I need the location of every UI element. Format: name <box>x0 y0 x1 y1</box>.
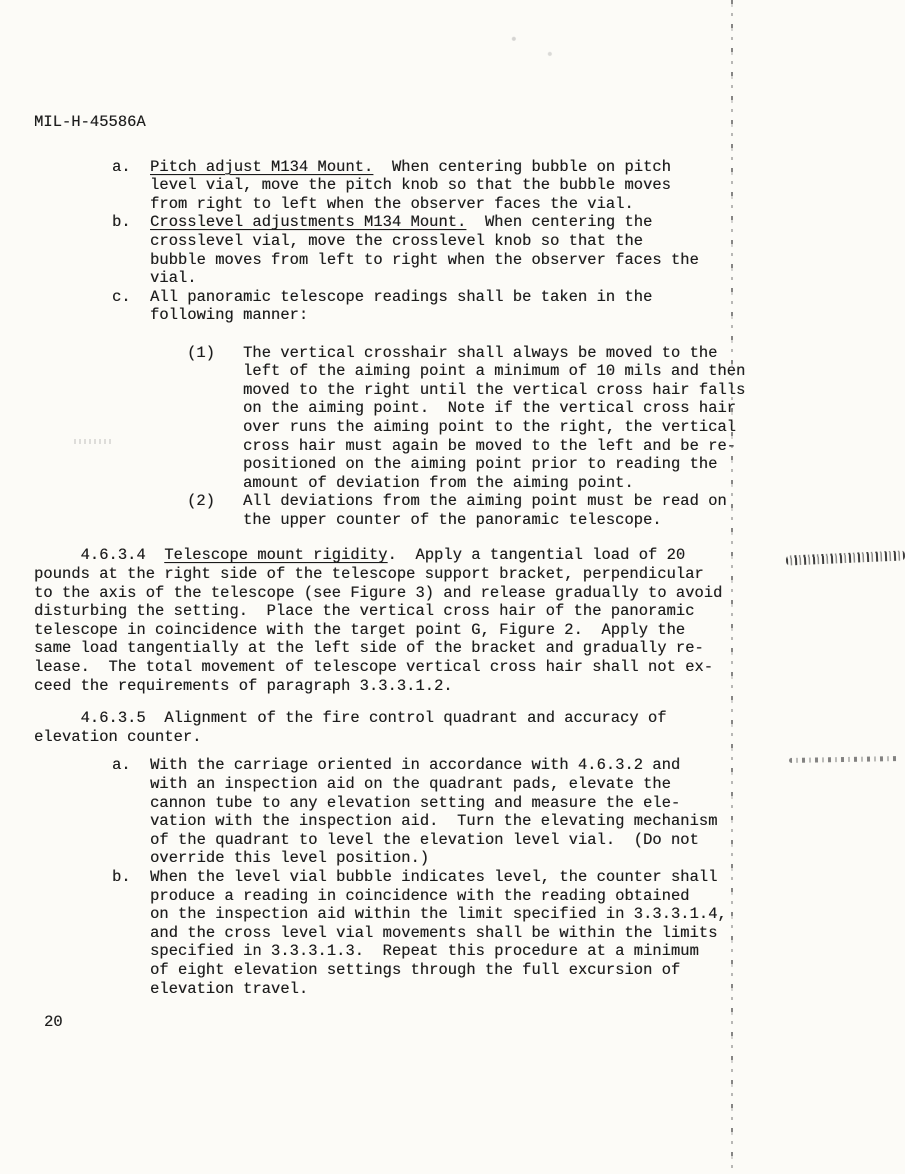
sub-item-1-body: The vertical crosshair shall always be m… <box>243 344 744 493</box>
paragraph-4634-body: pounds at the right side of the telescop… <box>34 565 744 695</box>
scan-specks-left-margin <box>74 439 114 444</box>
list-item-c-body: All panoramic telescope readings shall b… <box>150 288 744 325</box>
list-item-a-lead-rest: When centering bubble on pitch <box>373 158 671 176</box>
paragraph-4634-number: 4.6.3.4 <box>34 546 164 564</box>
document-id: MIL-H-45586A <box>34 113 744 132</box>
scan-smudge-dark <box>786 550 905 565</box>
list-item-a: a. Pitch adjust M134 Mount. When centeri… <box>34 158 744 214</box>
scanned-document-page: MIL-H-45586A a. Pitch adjust M134 Mount.… <box>0 0 905 1174</box>
paragraph-4634-lead-rest: . Apply a tangential load of 20 <box>387 546 685 564</box>
sub-item-2: (2) All deviations from the aiming point… <box>34 492 744 529</box>
list-item-b-marker: b. <box>112 213 131 232</box>
list-item-a-marker: a. <box>112 158 131 177</box>
list-item-b-body: crosslevel vial, move the crosslevel kno… <box>150 232 744 288</box>
list-item-a-body: level vial, move the pitch knob so that … <box>150 176 744 213</box>
sub-item-2-body: All deviations from the aiming point mus… <box>243 492 744 529</box>
page-number: 20 <box>44 1013 63 1032</box>
sub-item-2-marker: (2) <box>187 492 215 511</box>
list-item-b-heading: Crosslevel adjustments M134 Mount. <box>150 213 466 231</box>
paragraph-4635-body: 4.6.3.5 Alignment of the fire control qu… <box>34 709 744 746</box>
list2-item-a: a. With the carriage oriented in accorda… <box>34 756 744 868</box>
paragraph-4634: 4.6.3.4 Telescope mount rigidity. Apply … <box>34 546 744 695</box>
sub-item-1: (1) The vertical crosshair shall always … <box>34 344 744 493</box>
list-item-c-marker: c. <box>112 288 131 307</box>
list2-item-b-marker: b. <box>112 868 131 887</box>
list-item-a-heading: Pitch adjust M134 Mount. <box>150 158 373 176</box>
list-item-b-lead-rest: When centering the <box>466 213 652 231</box>
sub-item-1-marker: (1) <box>187 344 215 363</box>
scan-specks-top <box>498 28 570 64</box>
paragraph-4635: 4.6.3.5 Alignment of the fire control qu… <box>34 709 744 746</box>
list2-item-b: b. When the level vial bubble indicates … <box>34 868 744 998</box>
page-content: MIL-H-45586A a. Pitch adjust M134 Mount.… <box>34 113 744 998</box>
paragraph-4634-lead: 4.6.3.4 Telescope mount rigidity. Apply … <box>34 546 744 565</box>
list2-item-b-body: When the level vial bubble indicates lev… <box>150 868 744 998</box>
list-item-a-lead: Pitch adjust M134 Mount. When centering … <box>150 158 744 177</box>
list2-item-a-body: With the carriage oriented in accordance… <box>150 756 744 868</box>
list-item-b-lead: Crosslevel adjustments M134 Mount. When … <box>150 213 744 232</box>
list-item-b: b. Crosslevel adjustments M134 Mount. Wh… <box>34 213 744 287</box>
scan-edge-dashed-line <box>731 0 733 1174</box>
list2-item-a-marker: a. <box>112 756 131 775</box>
scan-smudge-faint <box>789 756 899 763</box>
list-item-c: c. All panoramic telescope readings shal… <box>34 288 744 325</box>
paragraph-4634-heading: Telescope mount rigidity <box>164 546 387 564</box>
